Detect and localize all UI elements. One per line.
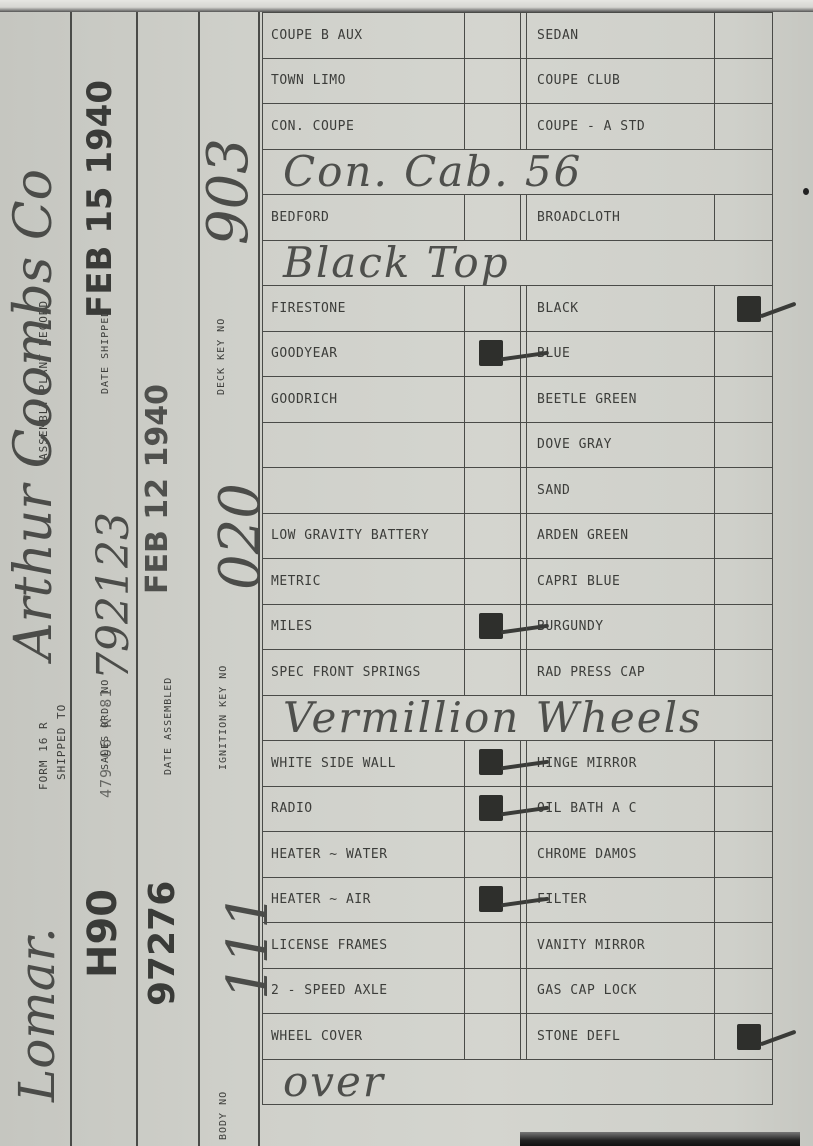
grid-row: CON. COUPECOUPE - A STD xyxy=(263,104,773,150)
checkbox-left[interactable] xyxy=(465,741,521,786)
serial-number: 97276 xyxy=(142,881,183,1006)
option-label-right: HINGE MIRROR xyxy=(527,741,715,786)
checkbox-left[interactable] xyxy=(465,286,521,331)
option-label-left: COUPE B AUX xyxy=(263,13,465,58)
date-shipped-label: DATE SHIPPED xyxy=(100,310,112,394)
option-label-left: WHEEL COVER xyxy=(263,1014,465,1059)
option-label-left xyxy=(263,468,465,513)
option-label-right: FILTER xyxy=(527,878,715,923)
deck-key-value: 903 xyxy=(196,138,261,245)
option-label-left: 2 - SPEED AXLE xyxy=(263,969,465,1014)
grid-row: LOW GRAVITY BATTERYARDEN GREEN xyxy=(263,514,773,560)
option-label-left: MILES xyxy=(263,605,465,650)
grid-row: RADIOOIL BATH A C xyxy=(263,787,773,833)
option-label-left: FIRESTONE xyxy=(263,286,465,331)
check-mark-icon xyxy=(479,886,503,912)
option-label-right: OIL BATH A C xyxy=(527,787,715,832)
rule xyxy=(198,808,200,1138)
option-label-left: METRIC xyxy=(263,559,465,604)
grid-row: HEATER ~ AIRFILTER xyxy=(263,878,773,924)
checkbox-right[interactable] xyxy=(715,514,773,559)
handwritten-note: Con. Cab. 56 xyxy=(263,150,773,195)
option-label-right: BLACK xyxy=(527,286,715,331)
checkbox-right[interactable] xyxy=(715,787,773,832)
checkbox-right[interactable] xyxy=(715,832,773,877)
option-label-left: BEDFORD xyxy=(263,195,465,240)
option-label-right: COUPE CLUB xyxy=(527,59,715,104)
checkbox-left[interactable] xyxy=(465,377,521,422)
grid-row: MILESBURGUNDY xyxy=(263,605,773,651)
checkbox-right[interactable] xyxy=(715,741,773,786)
checkbox-right[interactable] xyxy=(715,423,773,468)
checkbox-right[interactable] xyxy=(715,559,773,604)
check-mark-icon xyxy=(737,296,761,322)
grid-row: TOWN LIMOCOUPE CLUB xyxy=(263,59,773,105)
grid-row: over xyxy=(263,1060,773,1106)
sales-ord-value: 792123 xyxy=(88,512,139,680)
checkbox-left[interactable] xyxy=(465,13,521,58)
option-label-left: HEATER ~ AIR xyxy=(263,878,465,923)
checkbox-left[interactable] xyxy=(465,423,521,468)
checkbox-left[interactable] xyxy=(465,332,521,377)
checkbox-right[interactable] xyxy=(715,878,773,923)
checkbox-left[interactable] xyxy=(465,514,521,559)
grid-row: Vermillion Wheels xyxy=(263,696,773,742)
option-label-left: LOW GRAVITY BATTERY xyxy=(263,514,465,559)
option-label-right: RAD PRESS CAP xyxy=(527,650,715,695)
grid-row: DOVE GRAY xyxy=(263,423,773,469)
grid-row: Con. Cab. 56 xyxy=(263,150,773,196)
option-label-right: VANITY MIRROR xyxy=(527,923,715,968)
checkbox-left[interactable] xyxy=(465,559,521,604)
grid-row: SAND xyxy=(263,468,773,514)
checkbox-right[interactable] xyxy=(715,650,773,695)
checkbox-right[interactable] xyxy=(715,923,773,968)
option-label-right: SEDAN xyxy=(527,13,715,58)
date-assembled-value: FEB 12 1940 xyxy=(140,384,175,594)
ink-dot xyxy=(803,188,809,195)
checkbox-left[interactable] xyxy=(465,1014,521,1059)
grid-row: GOODYEARBLUE xyxy=(263,332,773,378)
grid-row: WHITE SIDE WALLHINGE MIRROR xyxy=(263,741,773,787)
checkbox-left[interactable] xyxy=(465,832,521,877)
option-label-right: DOVE GRAY xyxy=(527,423,715,468)
option-label-left: RADIO xyxy=(263,787,465,832)
checkbox-right[interactable] xyxy=(715,104,773,149)
option-label-left: WHITE SIDE WALL xyxy=(263,741,465,786)
body-no-label: BODY NO xyxy=(218,1091,230,1140)
checkbox-left[interactable] xyxy=(465,923,521,968)
option-label-right: BURGUNDY xyxy=(527,605,715,650)
date-shipped-value: FEB 15 1940 xyxy=(80,80,120,318)
checkbox-left[interactable] xyxy=(465,605,521,650)
checkbox-left[interactable] xyxy=(465,59,521,104)
check-mark-icon xyxy=(737,1024,761,1050)
grid-row: FIRESTONEBLACK xyxy=(263,286,773,332)
grid-row: LICENSE FRAMESVANITY MIRROR xyxy=(263,923,773,969)
option-label-right: STONE DEFL xyxy=(527,1014,715,1059)
option-label-right: BEETLE GREEN xyxy=(527,377,715,422)
checkbox-left[interactable] xyxy=(465,878,521,923)
checkbox-left[interactable] xyxy=(465,787,521,832)
option-label-right: CAPRI BLUE xyxy=(527,559,715,604)
option-label-right: CHROME DAMOS xyxy=(527,832,715,877)
handwritten-note: Vermillion Wheels xyxy=(263,696,773,741)
checkbox-left[interactable] xyxy=(465,969,521,1014)
checkbox-right[interactable] xyxy=(715,59,773,104)
shipped-to-label: SHIPPED TO xyxy=(56,704,68,780)
check-mark-icon xyxy=(479,613,503,639)
handwritten-note: over xyxy=(263,1060,773,1105)
date-assembled-label: DATE ASSEMBLED xyxy=(163,677,175,775)
option-label-left: GOODRICH xyxy=(263,377,465,422)
checkbox-right[interactable] xyxy=(715,1014,773,1059)
option-label-left xyxy=(263,423,465,468)
options-grid: COUPE B AUXSEDANTOWN LIMOCOUPE CLUBCON. … xyxy=(262,12,773,1105)
check-mark-icon xyxy=(479,749,503,775)
checkbox-left[interactable] xyxy=(465,195,521,240)
checkbox-right[interactable] xyxy=(715,13,773,58)
option-label-left: GOODYEAR xyxy=(263,332,465,377)
checkbox-right[interactable] xyxy=(715,377,773,422)
option-label-left: SPEC FRONT SPRINGS xyxy=(263,650,465,695)
checkbox-right[interactable] xyxy=(715,969,773,1014)
grid-row: COUPE B AUXSEDAN xyxy=(263,13,773,59)
option-label-left: TOWN LIMO xyxy=(263,59,465,104)
checkbox-right[interactable] xyxy=(715,468,773,513)
checkbox-right[interactable] xyxy=(715,332,773,377)
stamp-number: 479 06 K 81 xyxy=(100,688,112,798)
rule xyxy=(70,12,72,1146)
ignition-key-label: IGNITION KEY NO xyxy=(218,665,230,770)
deck-key-label: DECK KEY NO xyxy=(216,318,228,395)
grid-row: BEDFORDBROADCLOTH xyxy=(263,195,773,241)
grid-row: GOODRICHBEETLE GREEN xyxy=(263,377,773,423)
handwritten-note: Black Top xyxy=(263,241,773,286)
checkbox-right[interactable] xyxy=(715,286,773,331)
grid-row: SPEC FRONT SPRINGSRAD PRESS CAP xyxy=(263,650,773,696)
option-label-right: SAND xyxy=(527,468,715,513)
handwritten-name: Lomar. xyxy=(8,927,66,1102)
grid-row: HEATER ~ WATERCHROME DAMOS xyxy=(263,832,773,878)
shipped-to-value: Arthur Coombs Co xyxy=(4,169,64,660)
option-label-right: BROADCLOTH xyxy=(527,195,715,240)
grid-row: Black Top xyxy=(263,241,773,287)
checkbox-left[interactable] xyxy=(465,468,521,513)
option-label-right: GAS CAP LOCK xyxy=(527,969,715,1014)
form-label: FORM 16 R xyxy=(38,721,50,790)
grid-row: METRICCAPRI BLUE xyxy=(263,559,773,605)
bottom-edge xyxy=(520,1132,800,1146)
checkbox-left[interactable] xyxy=(465,650,521,695)
option-label-right: COUPE - A STD xyxy=(527,104,715,149)
checkbox-right[interactable] xyxy=(715,195,773,240)
option-label-left: LICENSE FRAMES xyxy=(263,923,465,968)
check-mark-icon xyxy=(479,340,503,366)
option-label-right: BLUE xyxy=(527,332,715,377)
option-label-left: HEATER ~ WATER xyxy=(263,832,465,877)
option-label-right: ARDEN GREEN xyxy=(527,514,715,559)
checkbox-left[interactable] xyxy=(465,104,521,149)
grid-row: 2 - SPEED AXLEGAS CAP LOCK xyxy=(263,969,773,1015)
checkbox-right[interactable] xyxy=(715,605,773,650)
top-fold-edge xyxy=(0,0,813,12)
option-label-left: CON. COUPE xyxy=(263,104,465,149)
model-code: H90 xyxy=(80,889,126,978)
check-mark-icon xyxy=(479,795,503,821)
grid-row: WHEEL COVERSTONE DEFL xyxy=(263,1014,773,1060)
